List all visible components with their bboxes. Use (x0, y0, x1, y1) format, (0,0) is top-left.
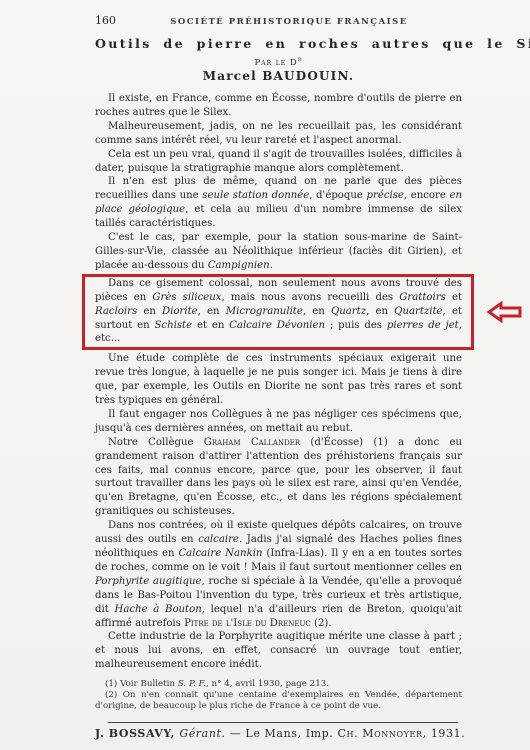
text-segment: Microgranulite (226, 306, 303, 317)
text-segment: , mais nous avons recueilli des (222, 292, 400, 303)
text-segment: (d'Écosse) (1) a donc eu grandement rais… (95, 437, 462, 518)
text-segment: Une étude complète de ces instruments sp… (95, 353, 462, 406)
text-segment: Calcaire Nankin (178, 548, 262, 559)
paragraph: Cette industrie de la Porphyrite augitiq… (95, 630, 462, 672)
imprint-line: J. BOSSAVY, Gérant. — Le Mans, Imp. Ch. … (95, 727, 462, 740)
text-segment: Diorite (162, 306, 198, 317)
text-segment: , en (303, 306, 331, 317)
text-segment: Grattoirs (399, 292, 445, 303)
footnote: (2) On n'en connait qu'une centaine d'ex… (95, 690, 462, 712)
text-segment: . (270, 260, 273, 271)
text-segment: Hache à Bouton (115, 604, 202, 615)
text-segment: J. BOSSAVY, (95, 727, 179, 740)
page-header: 160 SOCIÉTÉ PRÉHISTORIQUE FRANÇAISE (95, 14, 462, 27)
text-segment: Pitre de l'Isle du Dreneuc (184, 618, 311, 629)
text-segment: , en (198, 306, 226, 317)
text-segment: Grès siliceux (152, 292, 221, 303)
paragraph: Notre Collègue Graham Callander (d'Écoss… (95, 436, 462, 519)
paragraph: Une étude complète de ces instruments sp… (95, 352, 462, 408)
paragraph: Dans nos contrées, où il existe quelques… (95, 519, 462, 630)
text-segment: ; puis des (325, 320, 387, 331)
annotation-highlight-box: Dans ce gisement colossal, non seulement… (82, 274, 474, 351)
text-segment: Gérant. (179, 727, 225, 740)
text-segment: r (298, 55, 303, 63)
text-segment: calcaire (198, 534, 239, 545)
text-segment: Par le D (255, 58, 298, 68)
text-segment: Notre Collègue (108, 437, 204, 448)
text-segment: Quartzite (394, 306, 442, 317)
text-segment: Cette industrie de la Porphyrite augitiq… (95, 631, 462, 670)
text-segment: Porphyrite augitique (95, 576, 202, 587)
paragraph: Malheureusement, jadis, on ne les recuei… (95, 120, 462, 148)
running-header: SOCIÉTÉ PRÉHISTORIQUE FRANÇAISE (116, 17, 462, 27)
footer-rule (108, 722, 458, 723)
text-segment: (2). (311, 618, 332, 629)
text-segment: Campignien (208, 260, 270, 271)
footnotes: (1) Voir Bulletin S. P. F., n° 4, avril … (95, 679, 462, 711)
byline: Par le Dr (95, 58, 462, 68)
text-segment: pierres de jet (387, 320, 459, 331)
text-segment: Ch. Monnoyer (338, 727, 423, 740)
text-segment: précise (367, 190, 404, 201)
text-segment: , d'époque (309, 190, 366, 201)
text-segment: , encore (404, 190, 450, 201)
red-left-arrow-icon (487, 301, 523, 323)
text-segment: S. P. F. (178, 679, 206, 689)
paragraph: Cela est un peu vrai, quand il s'agit de… (95, 148, 462, 176)
text-segment: et en (192, 320, 229, 331)
text-segment: (1) Voir Bulletin (105, 679, 178, 689)
text-segment: Il faut engager nos Collègues à ne pas n… (95, 409, 462, 434)
text-segment: Quartz (331, 306, 366, 317)
text-segment: , n° 4, avril 1930, page 213. (206, 679, 329, 689)
text-segment: Calcaire Dévonien (229, 320, 325, 331)
paragraph: Il n'en est plus de même, quand on ne pa… (95, 175, 462, 231)
scanned-page: 160 SOCIÉTÉ PRÉHISTORIQUE FRANÇAISE Outi… (0, 0, 530, 750)
text-segment: , en (366, 306, 394, 317)
paragraph: Il existe, en France, comme en Écosse, n… (95, 92, 462, 120)
text-segment: Racloirs (95, 306, 137, 317)
text-segment: Cela est un peu vrai, quand il s'agit de… (95, 149, 462, 174)
text-segment: seule station donnée (202, 190, 309, 201)
body-text: Il existe, en France, comme en Écosse, n… (95, 92, 462, 672)
text-segment: et (446, 292, 462, 303)
text-segment: Graham Callander (204, 437, 300, 448)
paragraph: Dans ce gisement colossal, non seulement… (95, 277, 462, 347)
author-name: Marcel BAUDOUIN. (95, 69, 462, 83)
text-segment: Malheureusement, jadis, on ne les recuei… (95, 121, 462, 146)
paragraph: C'est le cas, par exemple, pour la stati… (95, 231, 462, 273)
text-segment: en (137, 306, 162, 317)
text-segment: Schiste (154, 320, 192, 331)
footnote: (1) Voir Bulletin S. P. F., n° 4, avril … (95, 679, 462, 690)
article-title: Outils de pierre en roches autres que le… (95, 36, 462, 51)
paragraph: Il faut engager nos Collègues à ne pas n… (95, 408, 462, 436)
text-segment: , 1931. (423, 727, 466, 740)
page-number: 160 (95, 14, 116, 27)
text-segment: — Le Mans, Imp. (226, 727, 338, 740)
text-segment: C'est le cas, par exemple, pour la stati… (95, 232, 462, 271)
text-segment: Il existe, en France, comme en Écosse, n… (95, 93, 462, 118)
text-segment: (2) On n'en connait qu'une centaine d'ex… (95, 690, 462, 711)
